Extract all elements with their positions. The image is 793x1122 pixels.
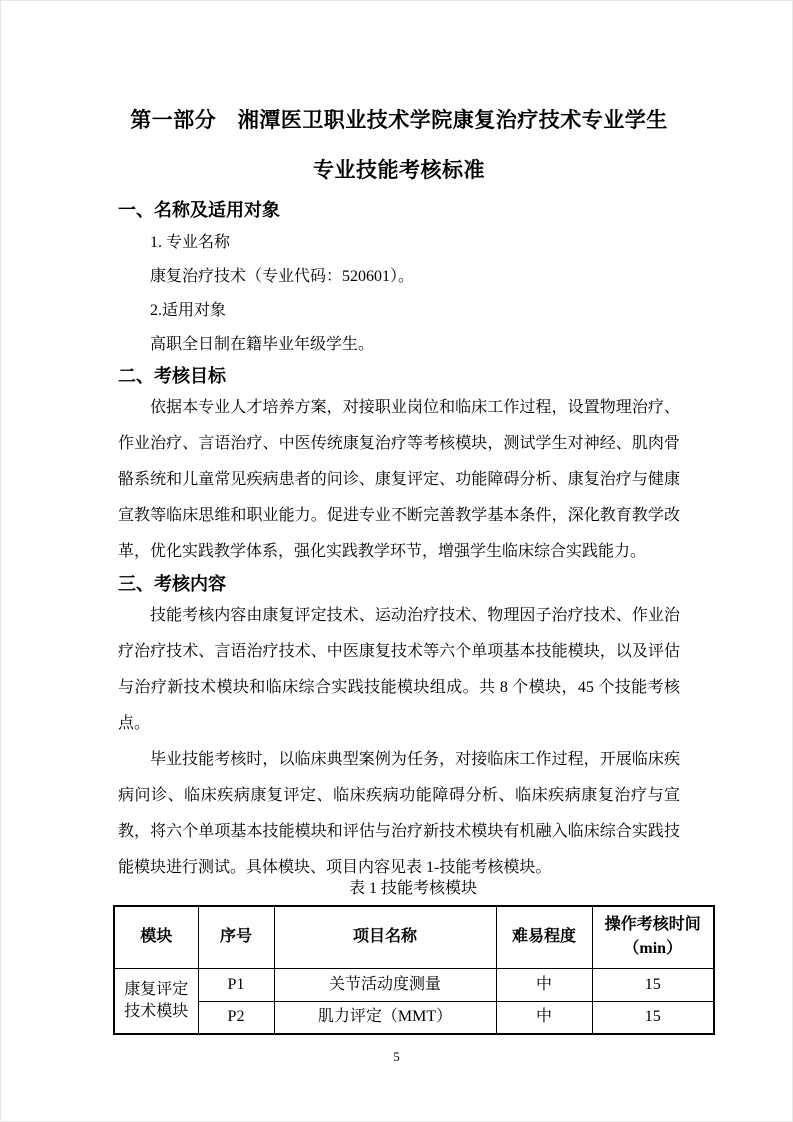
section-1-line-1: 1. 专业名称	[118, 226, 680, 260]
cell-item: 肌力评定（MMT）	[274, 1001, 496, 1034]
cell-time: 15	[592, 968, 714, 1001]
header-time: 操作考核时间（min）	[592, 906, 714, 968]
page-number: 5	[0, 1049, 793, 1065]
cell-difficulty: 中	[496, 1001, 592, 1034]
header-item-name: 项目名称	[274, 906, 496, 968]
section-2-heading: 二、考核目标	[118, 362, 680, 390]
table-row: 康复评定技术模块 P1 关节活动度测量 中 15	[114, 968, 714, 1001]
document-page: 第一部分 湘潭医卫职业技术学院康复治疗技术专业学生 专业技能考核标准 一、名称及…	[0, 0, 793, 1122]
section-1-line-3: 2.适用对象	[118, 294, 680, 328]
table-header-row: 模块 序号 项目名称 难易程度 操作考核时间（min）	[114, 906, 714, 968]
cell-seq: P2	[198, 1001, 274, 1034]
header-module: 模块	[114, 906, 198, 968]
cell-time: 15	[592, 1001, 714, 1034]
header-difficulty: 难易程度	[496, 906, 592, 968]
section-3-heading: 三、考核内容	[118, 570, 680, 598]
cell-module-group: 康复评定技术模块	[114, 968, 198, 1034]
section-1-body: 1. 专业名称 康复治疗技术（专业代码：520601）。 2.适用对象 高职全日…	[118, 226, 680, 362]
header-seq: 序号	[198, 906, 274, 968]
document-title-line1: 第一部分 湘潭医卫职业技术学院康复治疗技术专业学生	[118, 96, 680, 146]
skills-assessment-table: 模块 序号 项目名称 难易程度 操作考核时间（min） 康复评定技术模块 P1 …	[113, 905, 715, 1035]
section-1-heading: 一、名称及适用对象	[118, 196, 680, 224]
section-2-paragraph: 依据本专业人才培养方案，对接职业岗位和临床工作过程，设置物理治疗、作业治疗、言语…	[118, 390, 680, 570]
cell-seq: P1	[198, 968, 274, 1001]
cell-item: 关节活动度测量	[274, 968, 496, 1001]
document-title: 第一部分 湘潭医卫职业技术学院康复治疗技术专业学生 专业技能考核标准	[118, 96, 680, 196]
section-1-line-4: 高职全日制在籍毕业年级学生。	[118, 328, 680, 362]
section-3-paragraph-1: 技能考核内容由康复评定技术、运动治疗技术、物理因子治疗技术、作业治疗治疗技术、言…	[118, 598, 680, 742]
document-title-line2: 专业技能考核标准	[118, 146, 680, 196]
cell-difficulty: 中	[496, 968, 592, 1001]
skills-table-block: 表 1 技能考核模块 模块 序号 项目名称 难易程度 操作考核时间（min）	[113, 878, 713, 1035]
section-3-paragraph-2: 毕业技能考核时，以临床典型案例为任务，对接临床工作过程，开展临床疾病问诊、临床疾…	[118, 742, 680, 886]
section-1-line-2: 康复治疗技术（专业代码：520601）。	[118, 260, 680, 294]
table-row: P2 肌力评定（MMT） 中 15	[114, 1001, 714, 1034]
